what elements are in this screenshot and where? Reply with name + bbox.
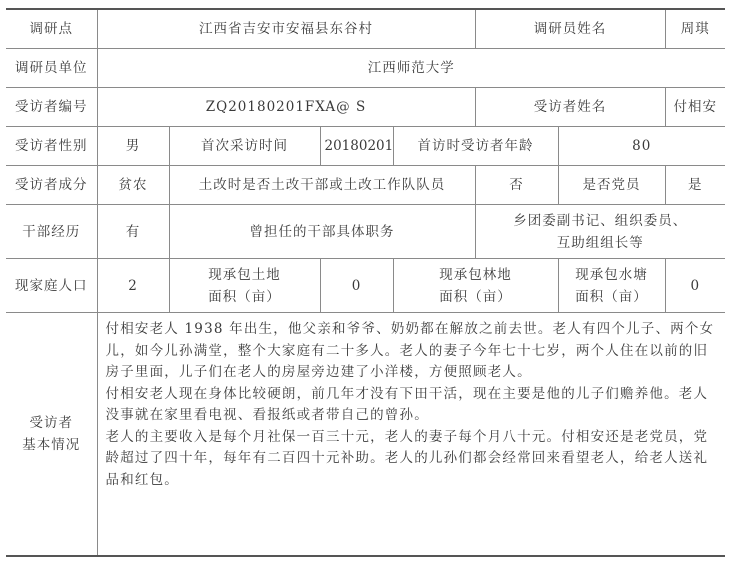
pond-value: 0 bbox=[665, 259, 725, 313]
row-class: 受访者成分 贫农 土改时是否土改干部或土改工作队队员 否 是否党员 是 bbox=[6, 166, 725, 205]
info-table: 调研点 江西省吉安市安福县东谷村 调研员姓名 周琪 调研员单位 江西师范大学 受… bbox=[6, 8, 725, 557]
gender-label: 受访者性别 bbox=[6, 127, 97, 166]
cadre-value: 有 bbox=[97, 205, 169, 259]
interviewee-id-value: ZQ20180201FXA@ S bbox=[97, 88, 475, 127]
forest-label-line2: 面积（亩） bbox=[398, 286, 554, 308]
bio-label-line2: 基本情况 bbox=[10, 434, 93, 456]
party-value: 是 bbox=[665, 166, 725, 205]
interviewee-id-label: 受访者编号 bbox=[6, 88, 97, 127]
class-label: 受访者成分 bbox=[6, 166, 97, 205]
gender-value: 男 bbox=[97, 127, 169, 166]
class-value: 贫农 bbox=[97, 166, 169, 205]
pond-label-line2: 面积（亩） bbox=[563, 286, 661, 308]
row-bio: 受访者 基本情况 付相安老人 1938 年出生，他父亲和爷爷、奶奶都在解放之前去… bbox=[6, 313, 725, 557]
row-cadre: 干部经历 有 曾担任的干部具体职务 乡团委副书记、组织委员、 互助组组长等 bbox=[6, 205, 725, 259]
researcher-unit-value: 江西师范大学 bbox=[97, 49, 725, 88]
row-researcher-unit: 调研员单位 江西师范大学 bbox=[6, 49, 725, 88]
cadre-positions-value: 乡团委副书记、组织委员、 互助组组长等 bbox=[475, 205, 725, 259]
bio-label-line1: 受访者 bbox=[10, 412, 93, 434]
cadre-label: 干部经历 bbox=[6, 205, 97, 259]
researcher-name-label: 调研员姓名 bbox=[475, 9, 665, 49]
row-gender: 受访者性别 男 首次采访时间 20180201 首访时受访者年龄 80 bbox=[6, 127, 725, 166]
farmland-value: 0 bbox=[320, 259, 393, 313]
row-survey-site: 调研点 江西省吉安市安福县东谷村 调研员姓名 周琪 bbox=[6, 9, 725, 49]
bio-paragraph: 老人的主要收入是每个月社保一百三十元，老人的妻子每个月八十元。付相安还是老党员，… bbox=[106, 427, 718, 492]
party-label: 是否党员 bbox=[558, 166, 665, 205]
bio-label: 受访者 基本情况 bbox=[6, 313, 97, 557]
cadre-positions-label: 曾担任的干部具体职务 bbox=[169, 205, 475, 259]
land-reform-label: 土改时是否土改干部或土改工作队队员 bbox=[169, 166, 475, 205]
interviewee-name-value: 付相安 bbox=[665, 88, 725, 127]
row-interviewee-id: 受访者编号 ZQ20180201FXA@ S 受访者姓名 付相安 bbox=[6, 88, 725, 127]
first-visit-label: 首次采访时间 bbox=[169, 127, 320, 166]
household-value: 2 bbox=[97, 259, 169, 313]
interviewee-info-form: 调研点 江西省吉安市安福县东谷村 调研员姓名 周琪 调研员单位 江西师范大学 受… bbox=[6, 8, 725, 557]
cadre-positions-line2: 互助组组长等 bbox=[480, 232, 722, 254]
first-visit-value: 20180201 bbox=[320, 127, 393, 166]
researcher-name-value: 周琪 bbox=[665, 9, 725, 49]
bio-paragraph: 付相安老人现在身体比较硬朗，前几年才没有下田干活，现在主要是他的儿子们赡养他。老… bbox=[106, 384, 718, 427]
interviewee-name-label: 受访者姓名 bbox=[475, 88, 665, 127]
age-label: 首访时受访者年龄 bbox=[393, 127, 558, 166]
cadre-positions-line1: 乡团委副书记、组织委员、 bbox=[480, 210, 722, 232]
forest-label-line1: 现承包林地 bbox=[398, 264, 554, 286]
land-reform-value: 否 bbox=[475, 166, 558, 205]
farmland-label-line1: 现承包土地 bbox=[174, 264, 316, 286]
bio-text: 付相安老人 1938 年出生，他父亲和爷爷、奶奶都在解放之前去世。老人有四个儿子… bbox=[97, 313, 725, 557]
survey-site-label: 调研点 bbox=[6, 9, 97, 49]
survey-site-value: 江西省吉安市安福县东谷村 bbox=[97, 9, 475, 49]
row-household: 现家庭人口 2 现承包土地 面积（亩） 0 现承包林地 面积（亩） 现承包水塘 … bbox=[6, 259, 725, 313]
bio-paragraph: 付相安老人 1938 年出生，他父亲和爷爷、奶奶都在解放之前去世。老人有四个儿子… bbox=[106, 319, 718, 384]
pond-label: 现承包水塘 面积（亩） bbox=[558, 259, 665, 313]
farmland-label-line2: 面积（亩） bbox=[174, 286, 316, 308]
farmland-label: 现承包土地 面积（亩） bbox=[169, 259, 320, 313]
researcher-unit-label: 调研员单位 bbox=[6, 49, 97, 88]
forest-label: 现承包林地 面积（亩） bbox=[393, 259, 558, 313]
age-value: 80 bbox=[558, 127, 725, 166]
pond-label-line1: 现承包水塘 bbox=[563, 264, 661, 286]
household-label: 现家庭人口 bbox=[6, 259, 97, 313]
